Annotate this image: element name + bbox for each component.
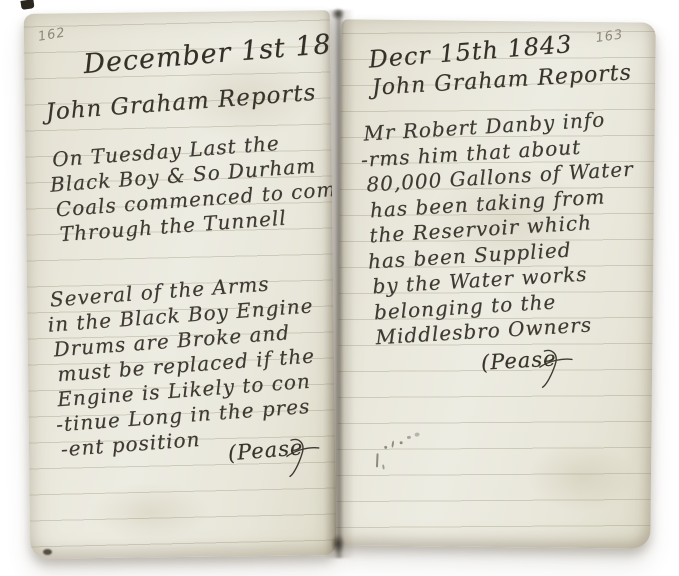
paper-stain — [527, 441, 638, 512]
binding-corner-mark — [20, 0, 34, 10]
right-page: 163 Decr 15th 1843 John Graham Reports M… — [336, 19, 655, 548]
paragraph: Mr Robert Danby info -rms him that about… — [363, 106, 644, 351]
gutter-shadow-bottom — [331, 534, 345, 554]
paragraph: Several of the Arms in the Black Boy Eng… — [49, 268, 323, 462]
signature-flourish — [538, 347, 574, 389]
gutter-shadow-top — [331, 8, 345, 20]
signature: (Pease — [227, 435, 304, 465]
manuscript-photo: 162 December 1st 1843 John Graham Report… — [0, 0, 679, 576]
signature: (Pease — [480, 346, 557, 374]
binding-corner-mark — [43, 549, 52, 555]
paragraph: On Tuesday Last the Black Boy & So Durha… — [51, 126, 336, 247]
signature-flourish — [285, 436, 322, 479]
left-page: 162 December 1st 1843 John Graham Report… — [24, 10, 337, 559]
